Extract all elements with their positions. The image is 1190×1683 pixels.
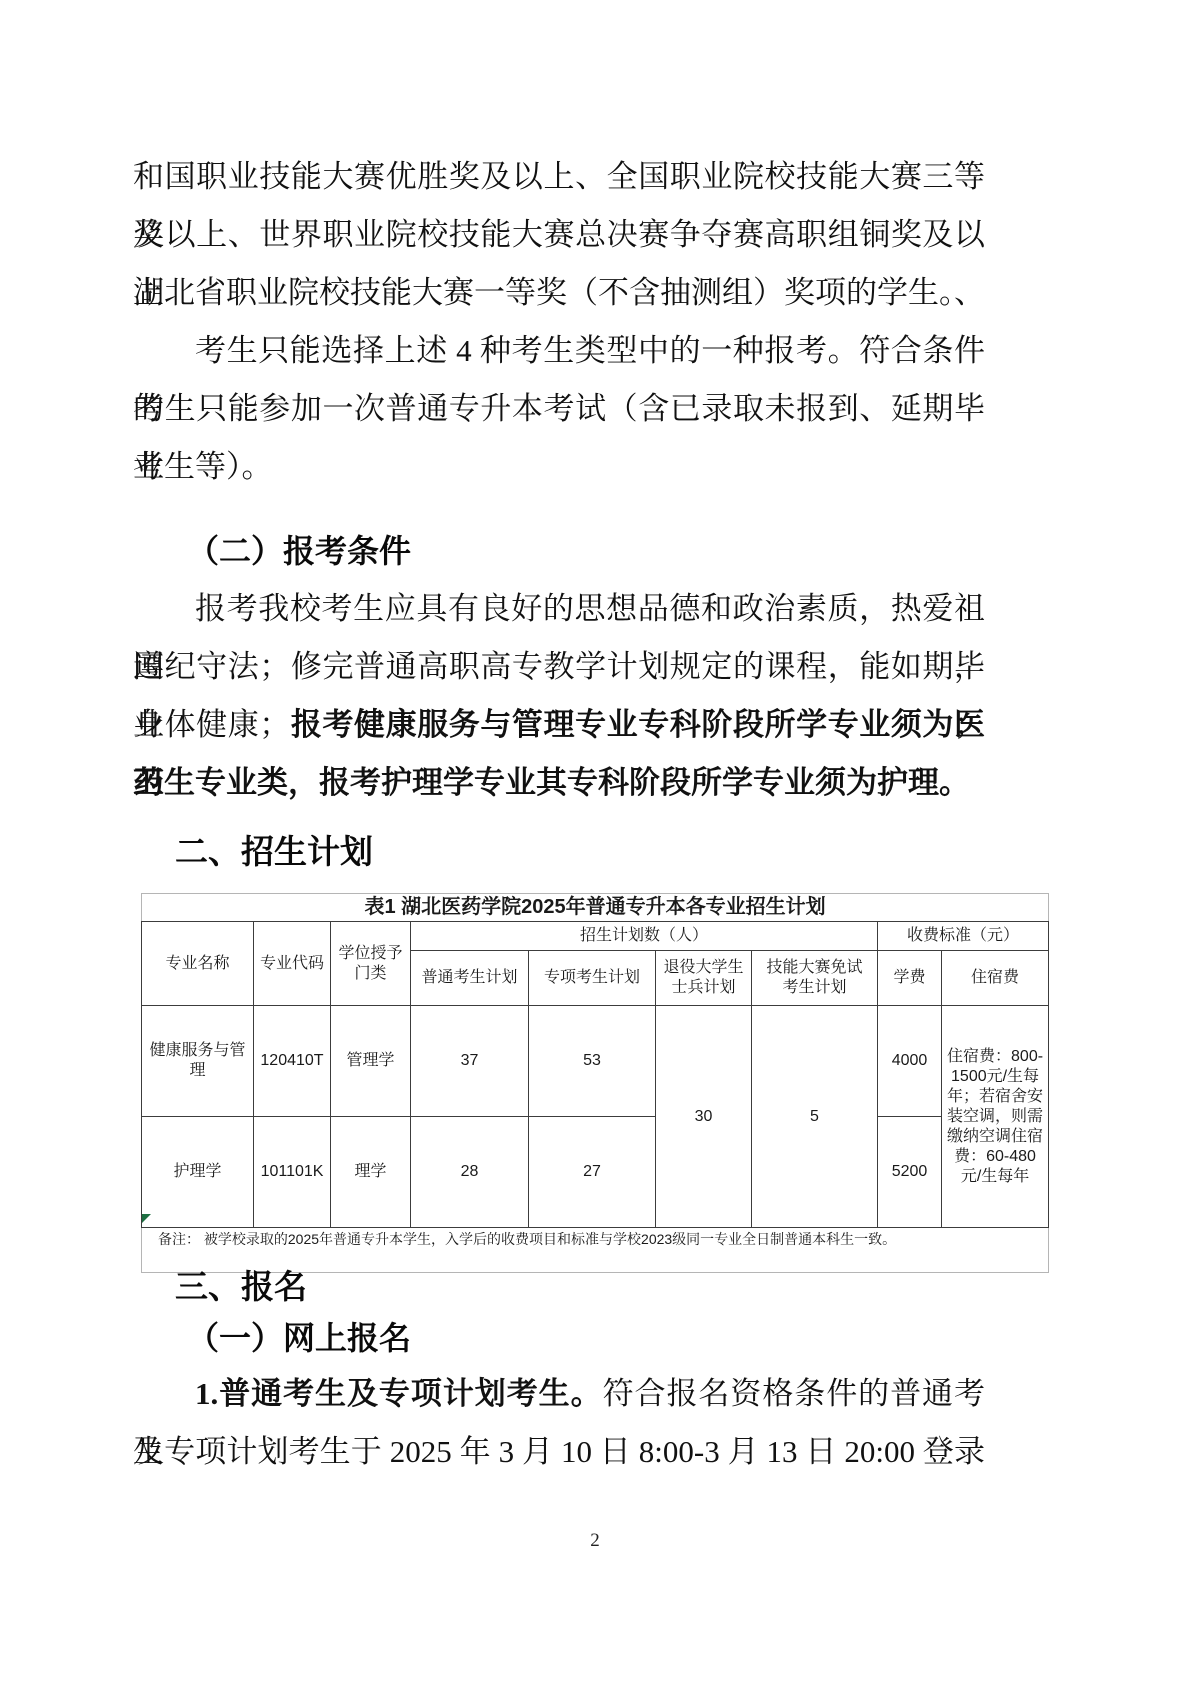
cell-skill-exempt-merged: 5 <box>752 1006 878 1228</box>
column-header-major-name: 专业名称 <box>142 922 254 1006</box>
cell-tuition: 4000 <box>878 1006 942 1117</box>
text-line: 考生只能选择上述 4 种考生类型中的一种报考。符合条件的 <box>133 322 985 380</box>
column-group-fee-standard: 收费标准（元） <box>878 922 1049 951</box>
heading-application-conditions: （二）报考条件 <box>133 522 1039 580</box>
cell-accommodation-merged: 住宿费：800-1500元/生每年；若宿舍安装空调，则需缴纳空调住宿费：60-4… <box>942 1006 1049 1228</box>
table-row: 健康服务与管理 120410T 管理学 37 53 30 5 4000 住宿费：… <box>142 1006 1049 1117</box>
cell-special-plan: 53 <box>529 1006 656 1117</box>
text-line: 及以上、世界职业院校技能大赛总决赛争夺赛高职组铜奖及以上、 <box>133 206 985 264</box>
column-header-veteran-plan: 退役大学生 士兵计划 <box>656 951 752 1006</box>
column-header-degree-category: 学位授予 门类 <box>331 922 411 1006</box>
text-line: 考生只能参加一次普通专升本考试（含已录取未报到、延期毕业 <box>133 380 985 438</box>
text-line: 及专项计划考生于 2025 年 3 月 10 日 8:00-3 月 13 日 2… <box>133 1423 985 1481</box>
paragraph-candidate-types: 考生只能选择上述 4 种考生类型中的一种报考。符合条件的 考生只能参加一次普通专… <box>133 322 985 496</box>
paragraph-online-registration: 1.普通考生及专项计划考生。符合报名资格条件的普通考生 及专项计划考生于 202… <box>133 1365 985 1481</box>
column-group-plan-numbers: 招生计划数（人） <box>411 922 878 951</box>
cell-major-name: 护理学 <box>142 1117 254 1228</box>
cell-special-plan: 27 <box>529 1117 656 1228</box>
bold-run: 1.普通考生及专项计划考生。 <box>195 1376 603 1411</box>
cell-tuition: 5200 <box>878 1117 942 1228</box>
page-number: 2 <box>0 1530 1190 1552</box>
text-line: 湖北省职业院校技能大赛一等奖（不含抽测组）奖项的学生。 <box>133 264 985 322</box>
header-line: 门类 <box>334 964 407 984</box>
text-line: 报考我校考生应具有良好的思想品德和政治素质，热爱祖国， <box>133 580 985 638</box>
cell-degree: 理学 <box>331 1117 411 1228</box>
cell-major-code: 101101K <box>254 1117 331 1228</box>
header-line: 考生计划 <box>755 978 874 998</box>
column-header-skill-exempt-plan: 技能大赛免试 考生计划 <box>752 951 878 1006</box>
text-line: 遵纪守法；修完普通高职高专教学计划规定的课程，能如期毕业； <box>133 638 985 696</box>
normal-run: 身体健康； <box>133 707 290 742</box>
header-line: 学位授予 <box>334 944 407 964</box>
text-line: 卫生专业类，报考护理学专业其专科阶段所学专业须为护理。 <box>133 754 985 812</box>
cell-major-code: 120410T <box>254 1006 331 1117</box>
table-row: 护理学 101101K 理学 28 27 5200 <box>142 1117 1049 1228</box>
text-line: 1.普通考生及专项计划考生。符合报名资格条件的普通考生 <box>133 1365 985 1423</box>
heading-registration: 三、报名 <box>133 1258 1027 1316</box>
header-line: 技能大赛免试 <box>755 958 874 978</box>
column-header-accommodation: 住宿费 <box>942 951 1049 1006</box>
cell-general-plan: 37 <box>411 1006 529 1117</box>
paragraph-conditions: 报考我校考生应具有良好的思想品德和政治素质，热爱祖国， 遵纪守法；修完普通高职高… <box>133 580 985 812</box>
cell-general-plan: 28 <box>411 1117 529 1228</box>
cell-veteran-plan-merged: 30 <box>656 1006 752 1228</box>
heading-online-registration: （一）网上报名 <box>133 1309 1039 1367</box>
header-line: 士兵计划 <box>659 978 748 998</box>
green-corner-marker <box>142 1214 151 1223</box>
column-header-special-plan: 专项考生计划 <box>529 951 656 1006</box>
column-header-tuition: 学费 <box>878 951 942 1006</box>
text-line: 身体健康；报考健康服务与管理专业专科阶段所学专业须为医药 <box>133 696 985 754</box>
column-header-general-plan: 普通考生计划 <box>411 951 529 1006</box>
table-title: 表1 湖北医药学院2025年普通专升本各专业招生计划 <box>142 894 1049 922</box>
cell-major-name: 健康服务与管理 <box>142 1006 254 1117</box>
column-header-major-code: 专业代码 <box>254 922 331 1006</box>
text-line: 和国职业技能大赛优胜奖及以上、全国职业院校技能大赛三等奖 <box>133 148 985 206</box>
header-line: 退役大学生 <box>659 958 748 978</box>
enrollment-plan-table: 表1 湖北医药学院2025年普通专升本各专业招生计划 专业名称 专业代码 学位授… <box>141 893 1049 1273</box>
document-page: 和国职业技能大赛优胜奖及以上、全国职业院校技能大赛三等奖 及以上、世界职业院校技… <box>0 0 1190 1683</box>
text-line: 考生等）。 <box>133 438 985 496</box>
paragraph-awards: 和国职业技能大赛优胜奖及以上、全国职业院校技能大赛三等奖 及以上、世界职业院校技… <box>133 148 985 322</box>
cell-degree: 管理学 <box>331 1006 411 1117</box>
heading-enrollment-plan: 二、招生计划 <box>133 823 1027 881</box>
